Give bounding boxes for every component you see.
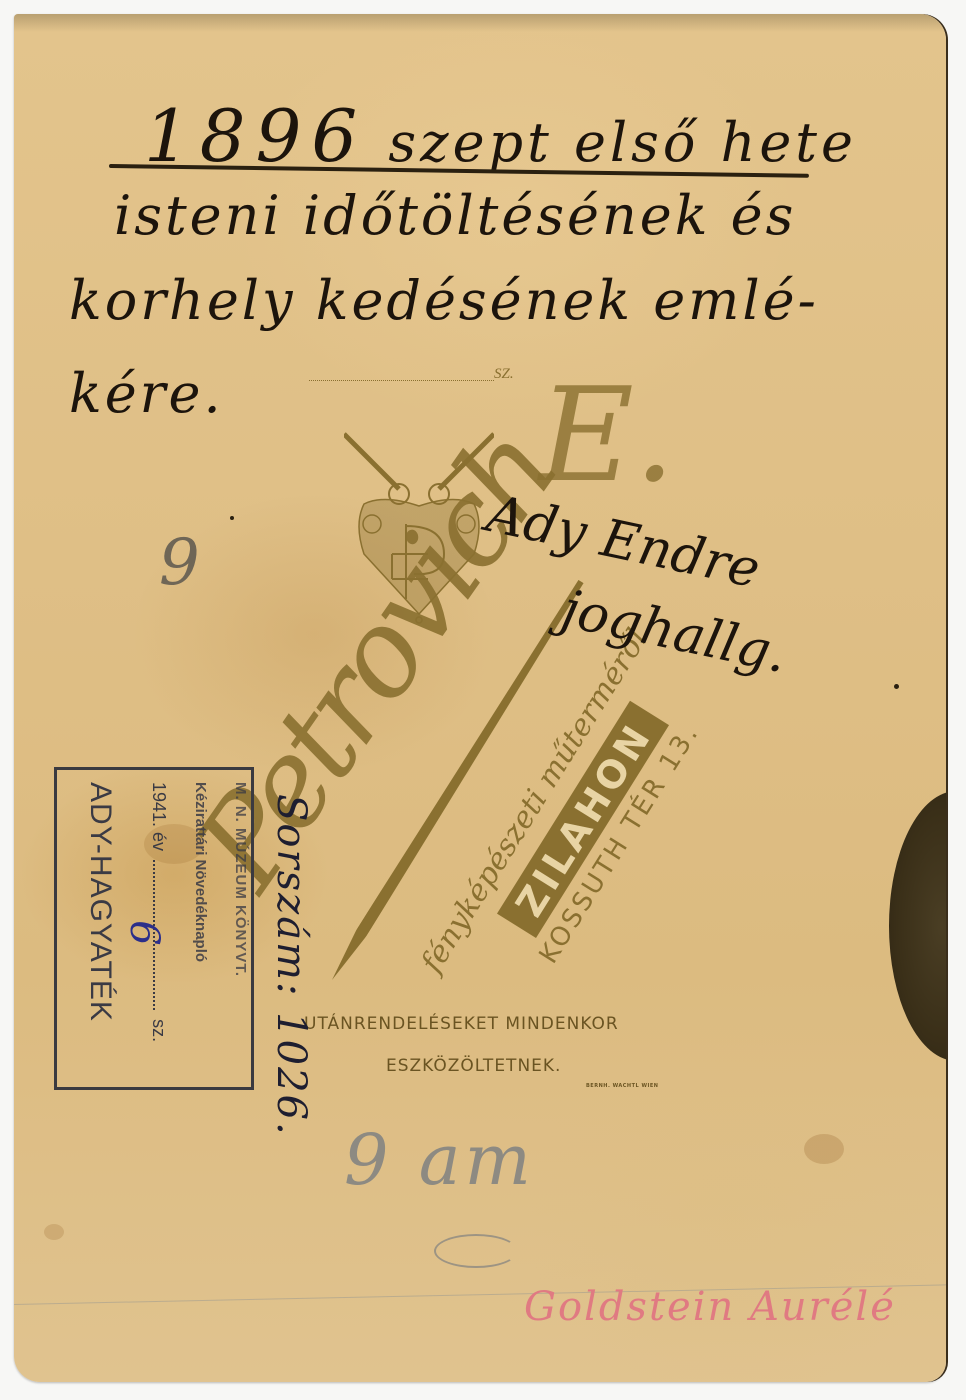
stamp-sz-label: sz. [149, 1019, 169, 1042]
inscription-line-4: kére. [69, 362, 224, 425]
printer-credit: BERNH. WACHTL WIEN [586, 1083, 658, 1089]
inscription-line-3: korhely kedésének emlé- [69, 269, 819, 332]
sz-label: SZ. [494, 366, 514, 383]
inscription-line-1-text: szept első hete [388, 111, 857, 174]
serial-number-annotation: Sorszám: 1026. [268, 794, 314, 1137]
stamp-museum-name: M. N. MÚZEUM KÖNYVT. [232, 770, 249, 1093]
cabinet-card: 1896 szept első hete isteni időtöltéséne… [14, 14, 946, 1382]
stain [804, 1134, 844, 1164]
dark-mount-tab [889, 791, 946, 1061]
reorder-line-2: ESZKÖZÖLTETNEK. [386, 1056, 561, 1076]
signature-title: joghallg. [557, 579, 793, 685]
inscription-line-2: isteni időtöltésének és [114, 184, 796, 247]
museum-stamp: M. N. MÚZEUM KÖNYVT. Kézirattári Növedék… [54, 767, 254, 1090]
pencil-note: 9 am [344, 1119, 535, 1201]
pencil-loop-mark [434, 1234, 518, 1268]
side-number-annotation: 9 [159, 526, 200, 600]
stamp-entry-line: 1941. év 6 sz. [148, 770, 169, 1093]
ink-dot [230, 516, 234, 520]
signature-period [894, 684, 899, 689]
stamp-entry-number: 6 [121, 920, 167, 945]
stain [44, 1224, 64, 1240]
sz-dotted-line [309, 380, 494, 381]
stamp-collection: ADY-HAGYATÉK [83, 770, 117, 1093]
stamp-year-label: 1941. év [149, 782, 169, 851]
stamp-register-name: Kézirattári Növedéknapló [192, 770, 209, 1093]
reorder-line-1: UTÁNRENDELÉSEKET MINDENKOR [304, 1014, 619, 1034]
stamp-entry-blank: 6 [153, 860, 155, 1010]
red-pencil-note: Goldstein Aurélé [524, 1284, 896, 1330]
